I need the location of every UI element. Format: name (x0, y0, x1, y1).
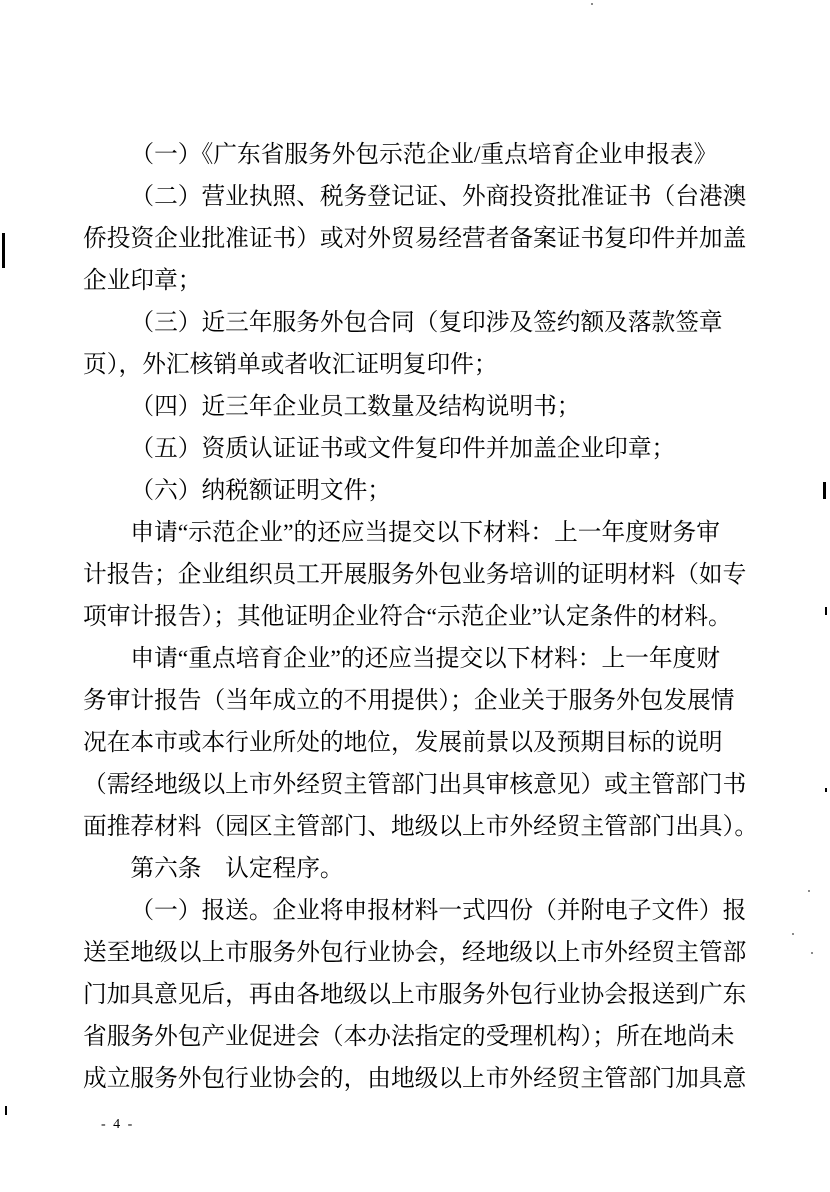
text-line: （需经地级以上市外经贸主管部门出具审核意见）或主管部门书 (83, 764, 773, 806)
text-line: 申请“重点培育企业”的还应当提交以下材料：上一年度财 (83, 638, 773, 680)
text-line: 门加具意见后，再由各地级以上市服务外包行业协会报送到广东 (83, 974, 773, 1016)
scan-artifact-left-line (2, 233, 5, 268)
text-line: 况在本市或本行业所处的地位，发展前景以及预期目标的说明 (83, 722, 773, 764)
document-text: （一）《广东省服务外包示范企业/重点培育企业申报表》（二）营业执照、税务登记证、… (83, 134, 773, 1100)
text-line: 第六条 认定程序。 (83, 848, 773, 890)
scan-noise-dot (792, 933, 794, 935)
text-line: 计报告；企业组织员工开展服务外包业务培训的证明材料（如专 (83, 554, 773, 596)
text-line: （二）营业执照、税务登记证、外商投资批准证书（台港澳 (83, 176, 773, 218)
text-line: 项审计报告）；其他证明企业符合“示范企业”认定条件的材料。 (83, 596, 773, 638)
text-line: 页），外汇核销单或者收汇证明复印件； (83, 344, 773, 386)
scan-artifact-right-tick (823, 482, 826, 499)
text-line: 成立服务外包行业协会的，由地级以上市外经贸主管部门加具意 (83, 1058, 773, 1100)
scan-noise-dot (591, 3, 593, 5)
text-line: （五）资质认证证书或文件复印件并加盖企业印章； (83, 428, 773, 470)
scan-noise-dot (808, 890, 810, 892)
scan-artifact-bottom-left (5, 1106, 7, 1115)
page-number: - 4 - (101, 1117, 134, 1133)
text-line: （一）《广东省服务外包示范企业/重点培育企业申报表》 (83, 134, 773, 176)
text-line: 务审计报告（当年成立的不用提供）；企业关于服务外包发展情 (83, 680, 773, 722)
text-line: （四）近三年企业员工数量及结构说明书； (83, 386, 773, 428)
text-line: 企业印章； (83, 260, 773, 302)
scanned-document-page: （一）《广东省服务外包示范企业/重点培育企业申报表》（二）营业执照、税务登记证、… (0, 0, 830, 1192)
text-line: 省服务外包产业促进会（本办法指定的受理机构）；所在地尚未 (83, 1016, 773, 1058)
text-line: （六）纳税额证明文件； (83, 470, 773, 512)
text-line: 侨投资企业批准证书）或对外贸易经营者备案证书复印件并加盖 (83, 218, 773, 260)
scan-noise-dot (811, 952, 813, 954)
text-line: 面推荐材料（园区主管部门、地级以上市外经贸主管部门出具）。 (83, 806, 773, 848)
text-line: （一）报送。企业将申报材料一式四份（并附电子文件）报 (83, 890, 773, 932)
scan-artifact-right-tick (825, 607, 827, 615)
text-line: （三）近三年服务外包合同（复印涉及签约额及落款签章 (83, 302, 773, 344)
scan-artifact-right-dot (825, 788, 827, 792)
text-line: 送至地级以上市服务外包行业协会，经地级以上市外经贸主管部 (83, 932, 773, 974)
text-line: 申请“示范企业”的还应当提交以下材料：上一年度财务审 (83, 512, 773, 554)
